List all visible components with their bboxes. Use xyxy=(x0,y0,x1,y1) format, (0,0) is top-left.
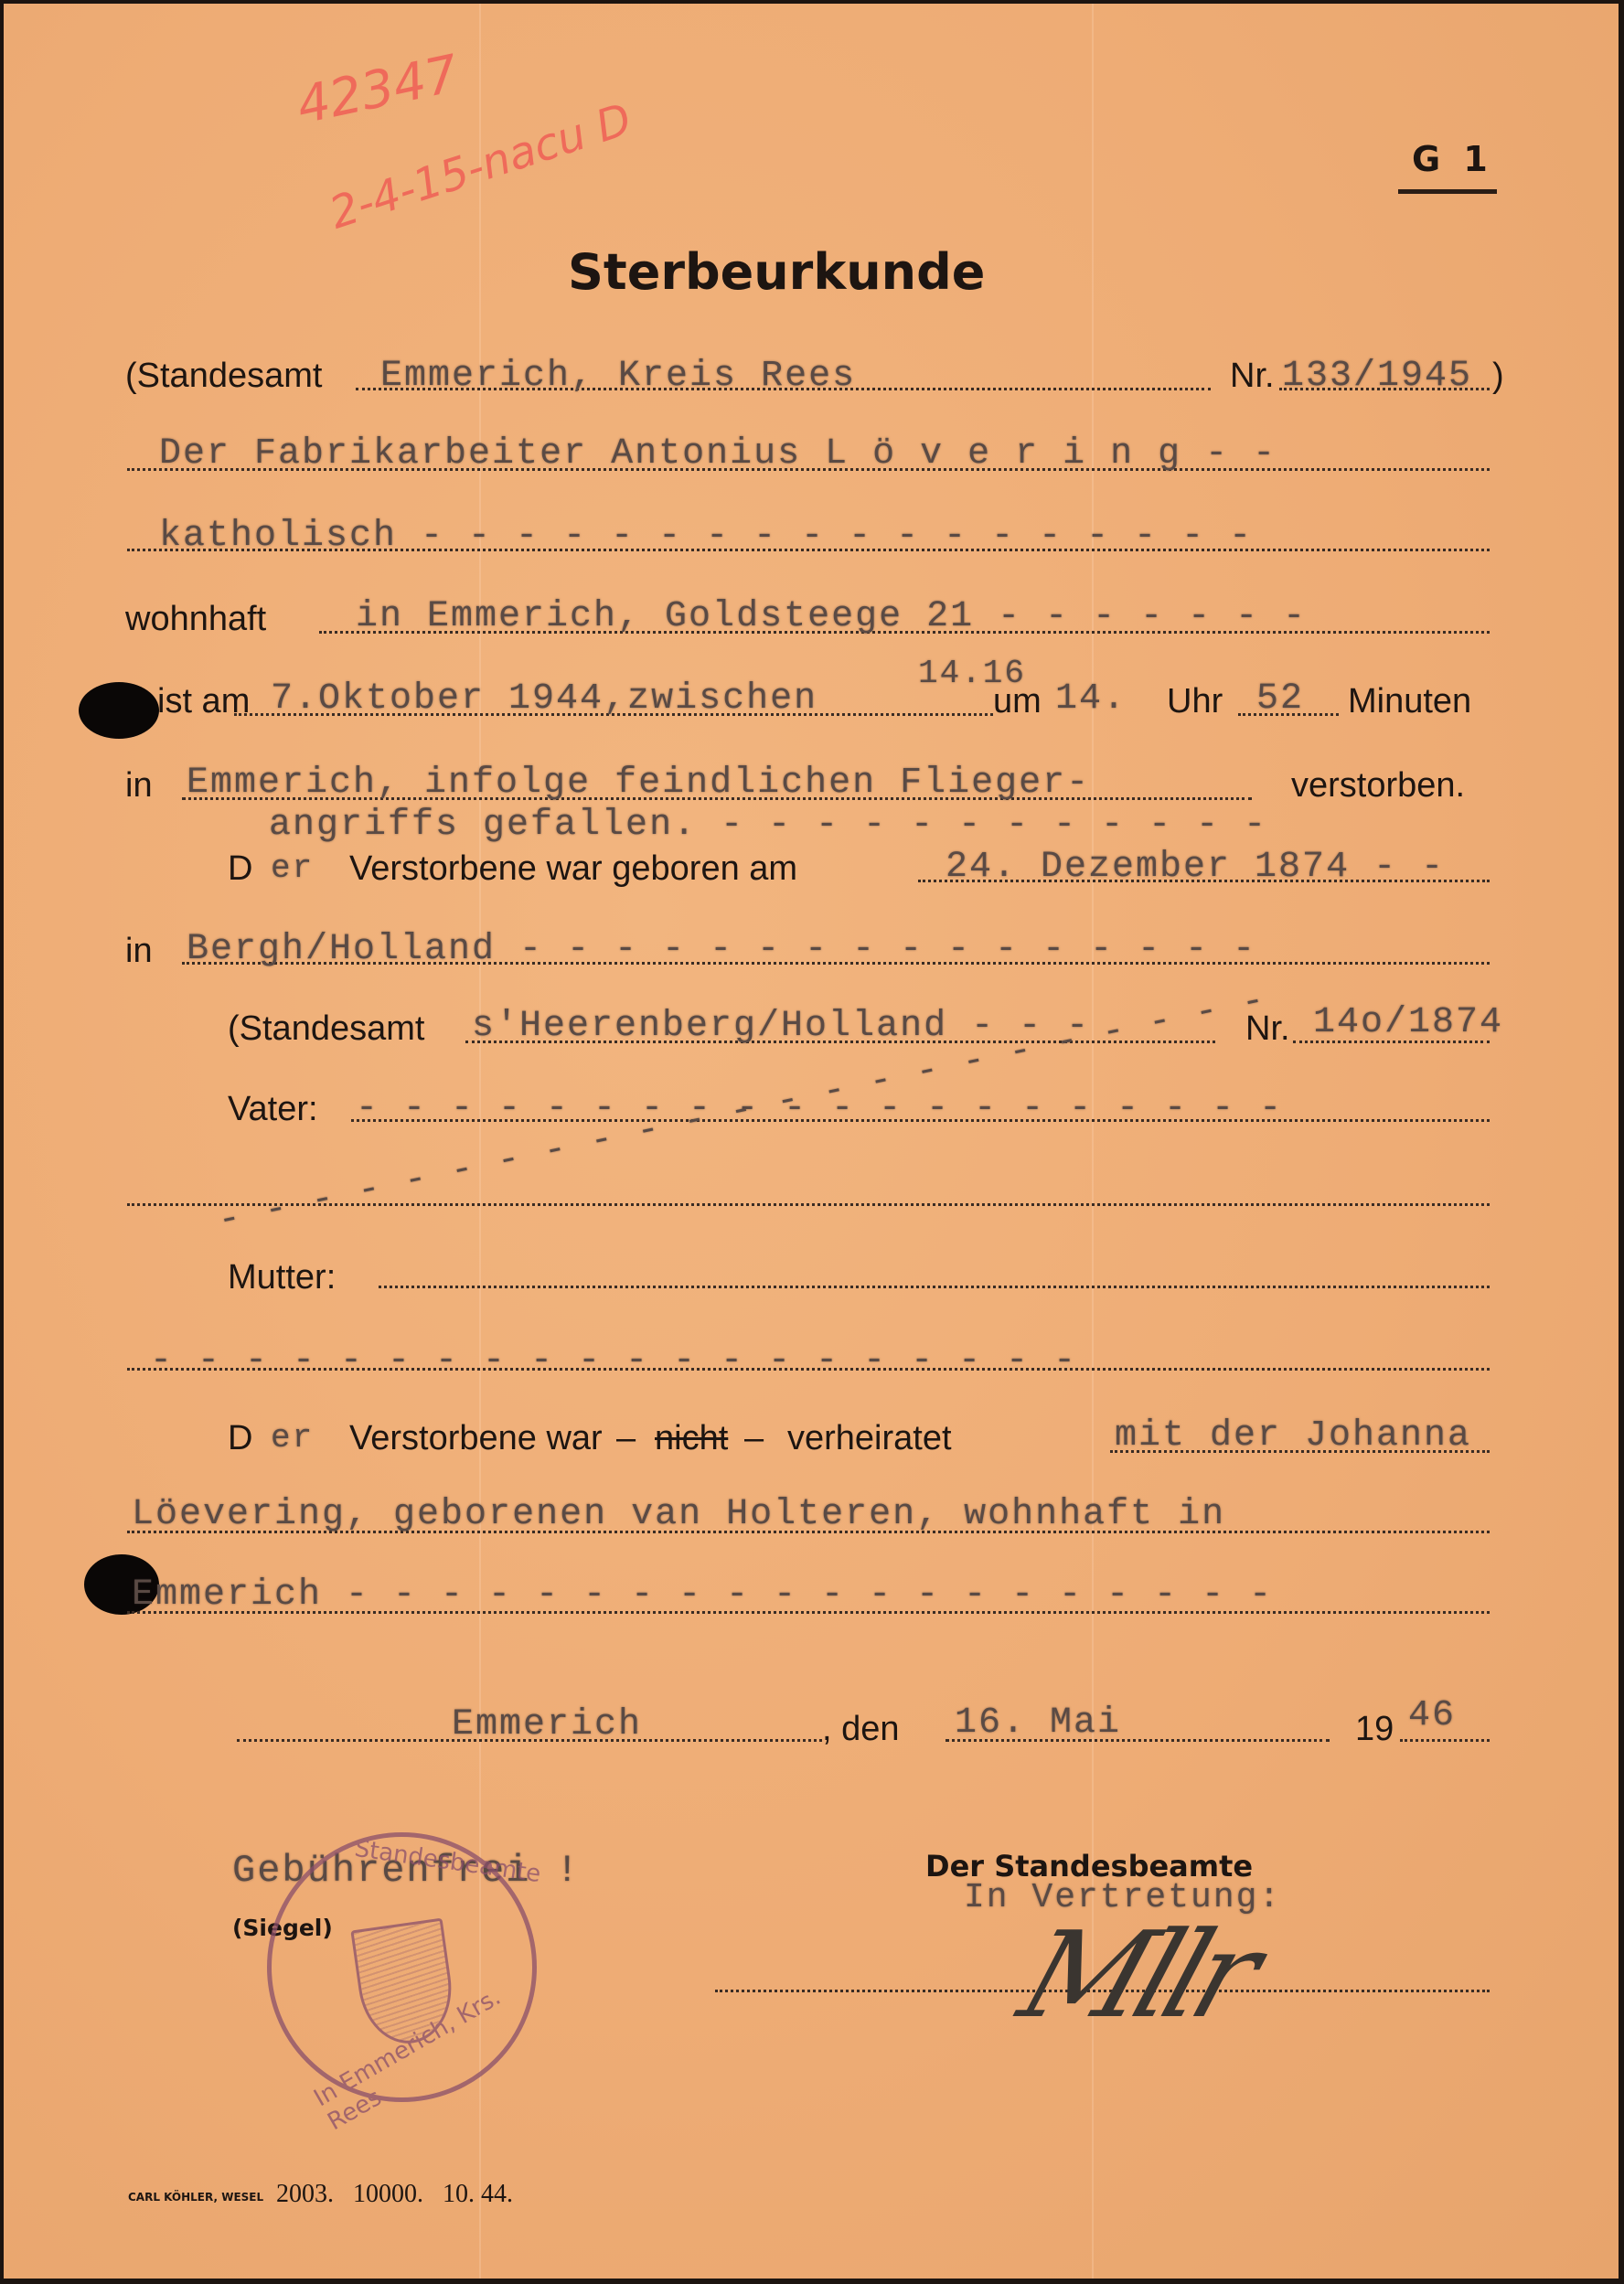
official-stamp: Standesbeamte In Emmerich, Krs. Rees xyxy=(267,1832,537,2102)
birth-nr-value: 14o/1874 xyxy=(1313,1002,1503,1043)
mother-label: Mutter: xyxy=(228,1258,336,1297)
birth-place-label: in xyxy=(125,932,153,971)
den-label: , den xyxy=(822,1710,900,1749)
printer-codes: 2003. 10000. 10. 44. xyxy=(276,2180,513,2209)
birth-label-er: er xyxy=(271,849,314,887)
deceased-name: Der Fabrikarbeiter Antonius L ö v e r i … xyxy=(159,433,1277,475)
spouse-value-1: mit der Johanna xyxy=(1115,1415,1471,1457)
death-date-value: 7.Oktober 1944,zwischen xyxy=(271,678,817,720)
red-archive-number: 42347 xyxy=(292,44,464,136)
marriage-label: Verstorbene war xyxy=(349,1419,603,1458)
birth-place-value: Bergh/Holland - - - - - - - - - - - - - … xyxy=(187,929,1256,970)
birth-label: Verstorbene war geboren am xyxy=(349,849,797,889)
death-place-value: Emmerich, infolge feindlichen Flieger- xyxy=(187,763,1090,804)
uhr-label: Uhr xyxy=(1167,682,1223,721)
death-certificate-page: 42347 2-4-15-nacu D G 1 Sterbeurkunde (S… xyxy=(4,4,1619,2279)
issue-place: Emmerich xyxy=(452,1704,642,1745)
residence-value: in Emmerich, Goldsteege 21 - - - - - - - xyxy=(356,596,1307,637)
registry-value: Emmerich, Kreis Rees xyxy=(380,356,856,397)
death-hour: 14. xyxy=(1055,678,1127,720)
married-label: verheiratet xyxy=(787,1419,952,1458)
issue-year-prefix: 19 xyxy=(1355,1710,1394,1749)
page-title: Sterbeurkunde xyxy=(568,243,985,301)
signature: Mllr xyxy=(1005,1905,1268,2044)
marriage-label-d: D xyxy=(228,1419,252,1458)
birth-date-value: 24. Dezember 1874 - - xyxy=(946,847,1445,888)
minutes-label: Minuten xyxy=(1348,682,1471,721)
registry-nr-value: 133/1945 xyxy=(1282,356,1472,397)
dash: – xyxy=(744,1419,764,1458)
marriage-label-er: er xyxy=(271,1419,314,1457)
birth-label-d: D xyxy=(228,849,252,889)
parents-blank-dashes: - - - - - - - - - - - - - - - - - - - - xyxy=(150,1340,1077,1382)
death-minutes: 52 xyxy=(1256,678,1304,720)
punch-hole xyxy=(79,682,159,739)
verstorben-label: verstorben. xyxy=(1291,766,1465,806)
registry-nr-label: Nr. xyxy=(1230,357,1275,396)
stamp-top-text: Standesbeamte xyxy=(353,1835,542,1888)
form-code-underline xyxy=(1398,189,1497,194)
issue-year-suffix: 46 xyxy=(1408,1695,1456,1736)
father-label: Vater: xyxy=(228,1090,318,1129)
issue-date: 16. Mai xyxy=(955,1702,1121,1744)
spouse-value-2: Löevering, geborenen van Holteren, wohnh… xyxy=(132,1494,1225,1535)
um-label: um xyxy=(993,682,1042,721)
birth-registry-label: (Standesamt xyxy=(228,1009,424,1049)
marriage-nicht-struck: nicht xyxy=(655,1419,728,1458)
death-place-value-cont: angriffs gefallen. - - - - - - - - - - -… xyxy=(269,805,1267,846)
residence-label: wohnhaft xyxy=(125,600,266,639)
dash: – xyxy=(616,1419,636,1458)
printer-name: CARL KÖHLER, WESEL xyxy=(128,2191,263,2204)
death-place-label: in xyxy=(125,766,153,806)
form-code: G 1 xyxy=(1412,139,1493,179)
spouse-value-3: Emmerich - - - - - - - - - - - - - - - -… xyxy=(132,1574,1273,1616)
registry-close-paren: ) xyxy=(1492,357,1504,396)
deceased-religion: katholisch - - - - - - - - - - - - - - -… xyxy=(159,516,1253,557)
registry-label: (Standesamt xyxy=(125,357,322,396)
